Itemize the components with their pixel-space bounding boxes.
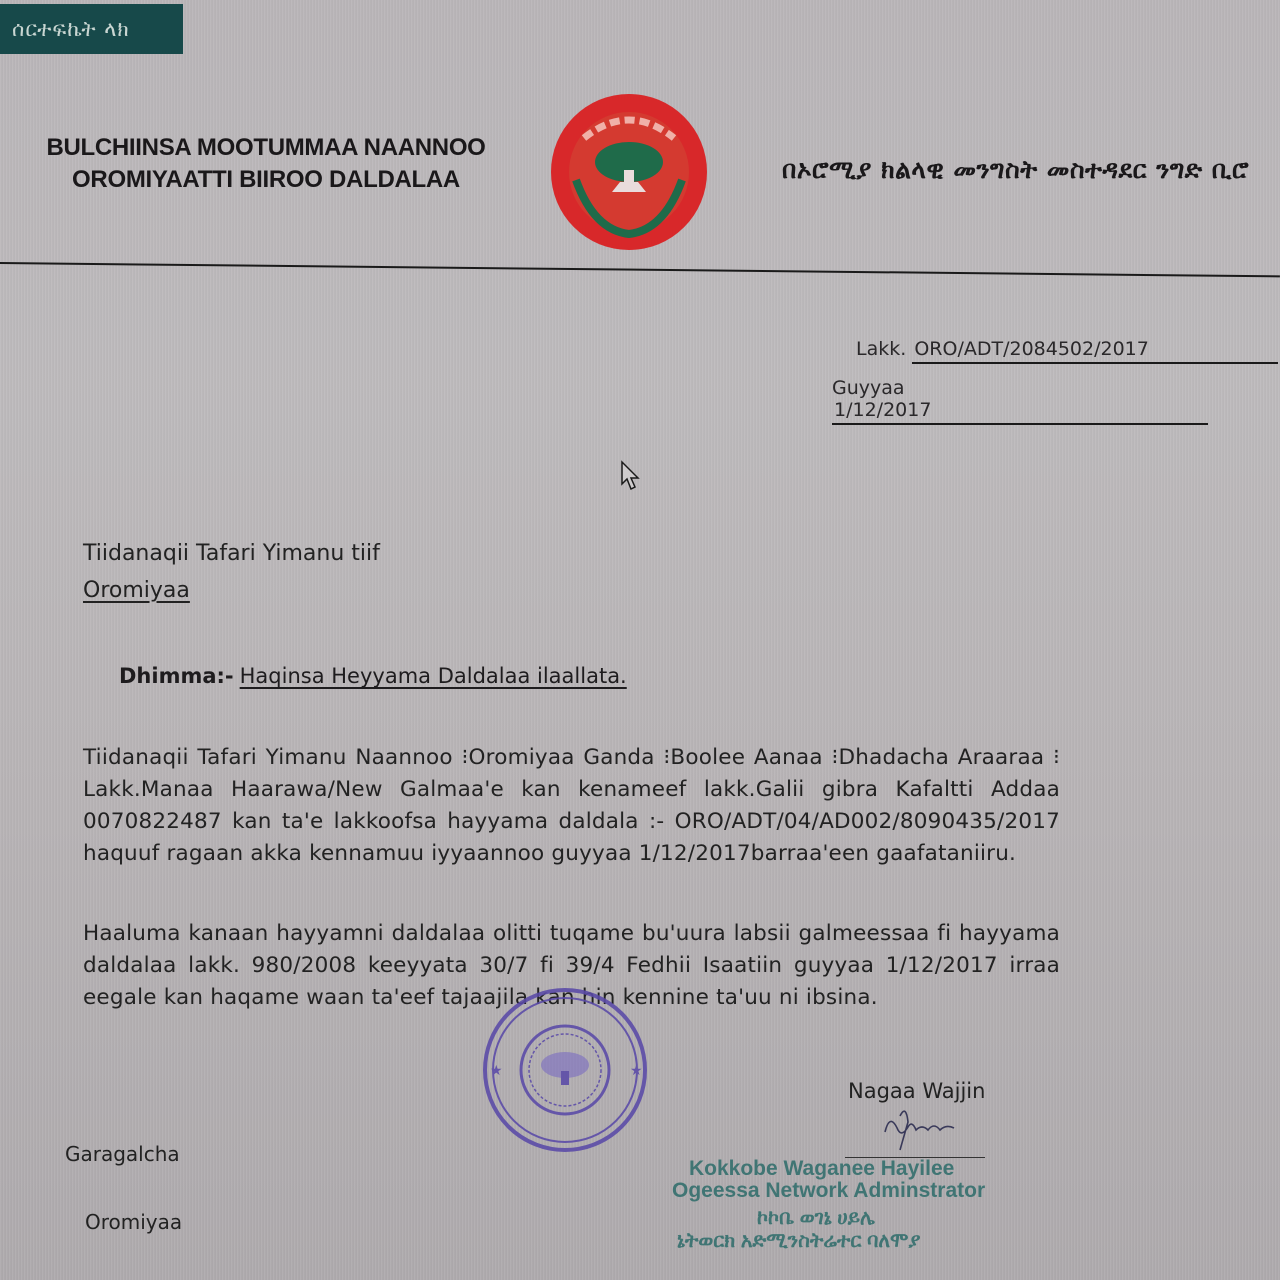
official-stamp-icon: ★ ★ <box>440 985 690 1160</box>
send-certificate-label: ሰርተፍኬት ላክ <box>12 17 130 42</box>
signatory-title: Ogeessa Network Adminstrator <box>672 1179 985 1203</box>
letterhead-line-2: OROMIYAATTI BIIROO DALDALAA <box>16 164 516 196</box>
reference-number-row: Lakk. ORO/ADT/2084502/2017 <box>856 338 1278 364</box>
reference-number-value: ORO/ADT/2084502/2017 <box>912 338 1278 364</box>
date-value: 1/12/2017 <box>832 399 1208 425</box>
send-certificate-tab[interactable]: ሰርተፍኬት ላክ <box>0 4 183 54</box>
header-divider <box>0 262 1280 277</box>
letterhead-oromo: BULCHIINSA MOOTUMMAA NAANNOO OROMIYAATTI… <box>16 132 516 196</box>
date-label: Guyyaa <box>832 377 905 399</box>
addressee: Tiidanaqii Tafari Yimanu tiif Oromiyaa <box>83 535 380 609</box>
date-row: Guyyaa 1/12/2017 <box>832 377 1280 425</box>
mouse-pointer-icon <box>620 460 642 492</box>
addressee-region: Oromiyaa <box>83 572 380 609</box>
signatory-name: Kokkobe Waganee Hayilee <box>689 1157 985 1181</box>
cc-value: Oromiyaa <box>85 1210 182 1234</box>
svg-text:★: ★ <box>630 1063 643 1079</box>
closing-salutation: Nagaa Wajjin <box>848 1079 985 1103</box>
signatory-stamp: Kokkobe Waganee Hayilee Ogeessa Network … <box>672 1157 985 1253</box>
cc-label: Garagalcha <box>65 1142 180 1166</box>
subject-label: Dhimma:- <box>119 664 234 688</box>
signature-icon <box>870 1102 970 1152</box>
subject-text: Haqinsa Heyyama Daldalaa ilaallata. <box>240 664 627 688</box>
letterhead-line-1: BULCHIINSA MOOTUMMAA NAANNOO <box>16 132 516 164</box>
svg-text:★: ★ <box>490 1063 503 1079</box>
signatory-name-amharic: ኮኮቤ ወገኔ ሀይሌ <box>757 1207 985 1230</box>
letterhead-amharic: በኦሮሚያ ክልላዊ መንግስት መስተዳደር ንግድ ቢሮ <box>782 155 1249 185</box>
signatory-title-amharic: ኔትወርክ አድሚንስትሬተር ባለሞያ <box>677 1230 985 1253</box>
oromia-emblem-icon <box>546 92 712 252</box>
body-paragraph-1: Tiidanaqii Tafari Yimanu Naannoo ⁝Oromiy… <box>83 742 1060 870</box>
subject-line: Dhimma:-Haqinsa Heyyama Daldalaa ilaalla… <box>119 664 627 688</box>
reference-number-label: Lakk. <box>856 338 906 360</box>
addressee-name: Tiidanaqii Tafari Yimanu tiif <box>83 535 380 572</box>
